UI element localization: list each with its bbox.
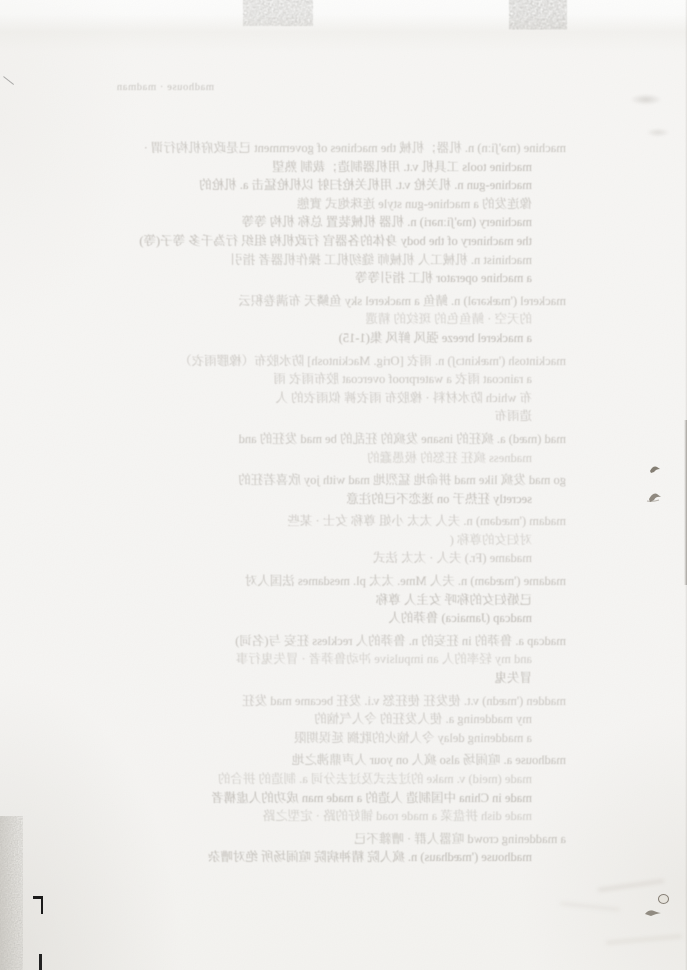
corner-mark-vertical	[41, 896, 44, 914]
bleed-line: a maddening delay 令人恼火的耽搁 延误期限	[86, 729, 566, 748]
bleed-line: machine tools 工具机 v.t. 用机器制造；裁制 熟望	[86, 158, 566, 177]
ink-speck	[646, 490, 664, 504]
squiggle-stain	[644, 908, 662, 918]
bleed-line: a maddening crowd 喧嚣人群 · 嘈雜不已	[86, 830, 566, 849]
bleed-line: madame (Fr.) 夫人 · 太太 法式	[86, 549, 566, 568]
bleed-line: secretly 狂热于 on 迷恋不已的注意	[86, 490, 566, 509]
bleed-paragraph: madcap a. 鲁莽的 in 狂妄的 n. 鲁莽的人 reckless 狂妄…	[86, 632, 566, 688]
bleed-paragraph: mad (mæd) a. 疯狂的 insane 发疯的 狂乱的 be mad 发…	[86, 430, 566, 467]
bleed-line: madhouse ('mædhaus) n. 疯人院 精神病院 喧闹场所 绝对嘈…	[86, 848, 566, 865]
bleed-line: machinery (mə'ʃiːnəri) n. 机器 机械装置 总称 机构 …	[86, 213, 566, 232]
bleed-line: made dish 拼盘菜 a made road 铺好的路 · 定型之路	[86, 807, 566, 826]
bleed-line: made (meid) v. make 的过去式及过去分词 a. 制造的 拼合的	[86, 770, 566, 789]
bleed-line: a raincoat 雨衣 a waterproof overcoat 胶布雨衣…	[86, 370, 566, 389]
ring-stain	[658, 894, 669, 904]
faint-smear	[646, 128, 670, 137]
bleed-paragraph: a maddening crowd 喧嚣人群 · 嘈雜不已madhouse ('…	[86, 830, 566, 865]
pencil-tick-mark	[3, 76, 14, 85]
left-edge-noise	[0, 816, 23, 970]
bleed-paragraph: madden ('mædn) v.t. 使发狂 使狂怒 v.i. 发狂 beca…	[86, 692, 566, 748]
bleed-line: madame ('mædəm) n. 夫人 Mme. 太太 pl. mesdam…	[86, 572, 566, 591]
bleed-line: madcap a. 鲁莽的 in 狂妄的 n. 鲁莽的人 reckless 狂妄…	[86, 632, 566, 651]
bleed-paragraph: mackintosh ('mækintɔʃ) n. 雨衣 [Orig. Mack…	[86, 352, 566, 426]
binding-smudge-left	[243, 0, 313, 27]
bleed-line: madden ('mædn) v.t. 使发狂 使狂怒 v.i. 发狂 beca…	[86, 692, 566, 711]
bleed-line: my maddening a. 使人发狂的 令人气恼的	[86, 710, 566, 729]
bleed-line: 布 which 防水材料 · 橡胶布 雨衣裤 似雨衣的 人	[86, 389, 566, 408]
bleed-line: mackerel ('mækərəl) n. 鲭鱼 a mackerel sky…	[86, 292, 566, 311]
binding-smudge-right	[509, 0, 567, 30]
ink-speck	[648, 463, 662, 475]
bleedthrough-text: machine (mə'ʃiːn) n. 机器；机械 the machines …	[86, 139, 566, 865]
bleed-line: 像连发的 a machine-gun style 连珠炮式 實態	[86, 195, 566, 214]
bleed-line: machinist n. 机械工人 机械师 缝纫机工 操作机器者 指引	[86, 251, 566, 270]
bleed-line: made in China 中国制造 人造的 a made man 成功的人虚構…	[86, 789, 566, 808]
bleed-line: mackintosh ('mækintɔʃ) n. 雨衣 [Orig. Mack…	[86, 352, 566, 371]
bleed-paragraph: madame ('mædəm) n. 夫人 Mme. 太太 pl. mesdam…	[86, 572, 566, 628]
bleed-paragraph: madhouse a. 喧闹场 also 疯人 on your 人声鼎沸之地ma…	[86, 751, 566, 825]
bleed-line: and my 轻率的人 an impulsive 冲动鲁莽者 · 冒失鬼行事	[86, 650, 566, 669]
bleed-line: 对妇女的尊称 (	[86, 531, 566, 550]
bleed-line: a machine operator 机工 指引等等	[86, 269, 566, 288]
bleed-paragraph: madam ('mædəm) n. 夫人 太太 小姐 尊称 女士 · 某些对妇女…	[86, 512, 566, 568]
bleed-line: mad (mæd) a. 疯狂的 insane 发疯的 狂乱的 be mad 发…	[86, 430, 566, 449]
bleed-line: 冒失鬼	[86, 669, 566, 688]
bleed-line: machine-gun n. 机关枪 v.t. 用机关枪扫射 以机枪猛击 a. …	[86, 176, 566, 195]
bottom-edge-mark	[39, 954, 42, 970]
scanned-page: madhouse · madman machine (mə'ʃiːn) n. 机…	[0, 0, 687, 970]
bleed-line: a mackerel breeze 强风 鲜风 集(1-15)	[86, 329, 566, 348]
bleed-paragraph: machine (mə'ʃiːn) n. 机器；机械 the machines …	[86, 139, 566, 288]
faint-smear	[630, 94, 662, 105]
bleed-line: 已婚妇女的称呼 女主人 尊称	[86, 591, 566, 610]
running-head: madhouse · madman	[94, 82, 214, 96]
paper-crease	[560, 902, 620, 911]
bleed-line: madam ('mædəm) n. 夫人 太太 小姐 尊称 女士 · 某些	[86, 512, 566, 531]
bleed-line: madhouse a. 喧闹场 also 疯人 on your 人声鼎沸之地	[86, 751, 566, 770]
bleed-paragraph: mackerel ('mækərəl) n. 鲭鱼 a mackerel sky…	[86, 292, 566, 348]
bleed-line: 造雨布	[86, 407, 566, 426]
bleed-line: madness 疯狂 狂怒的 极愚蠢的	[86, 449, 566, 468]
bleed-line: go mad 发疯 like mad 拼命地 猛烈地 mad with joy …	[86, 471, 566, 490]
bleed-paragraph: go mad 发疯 like mad 拼命地 猛烈地 mad with joy …	[86, 471, 566, 508]
bleed-line: the machinery of the body 身体的各器官 行政机构 组织…	[86, 232, 566, 251]
paper-crease	[598, 879, 664, 891]
bleed-line: machine (mə'ʃiːn) n. 机器；机械 the machines …	[86, 139, 566, 158]
bleed-line: 的天空 · 鲭鱼色的 斑纹的 精選	[86, 310, 566, 329]
bleed-line: madcap (Jamaica) 鲁莽的人	[86, 609, 566, 628]
paper-crease	[606, 935, 682, 945]
